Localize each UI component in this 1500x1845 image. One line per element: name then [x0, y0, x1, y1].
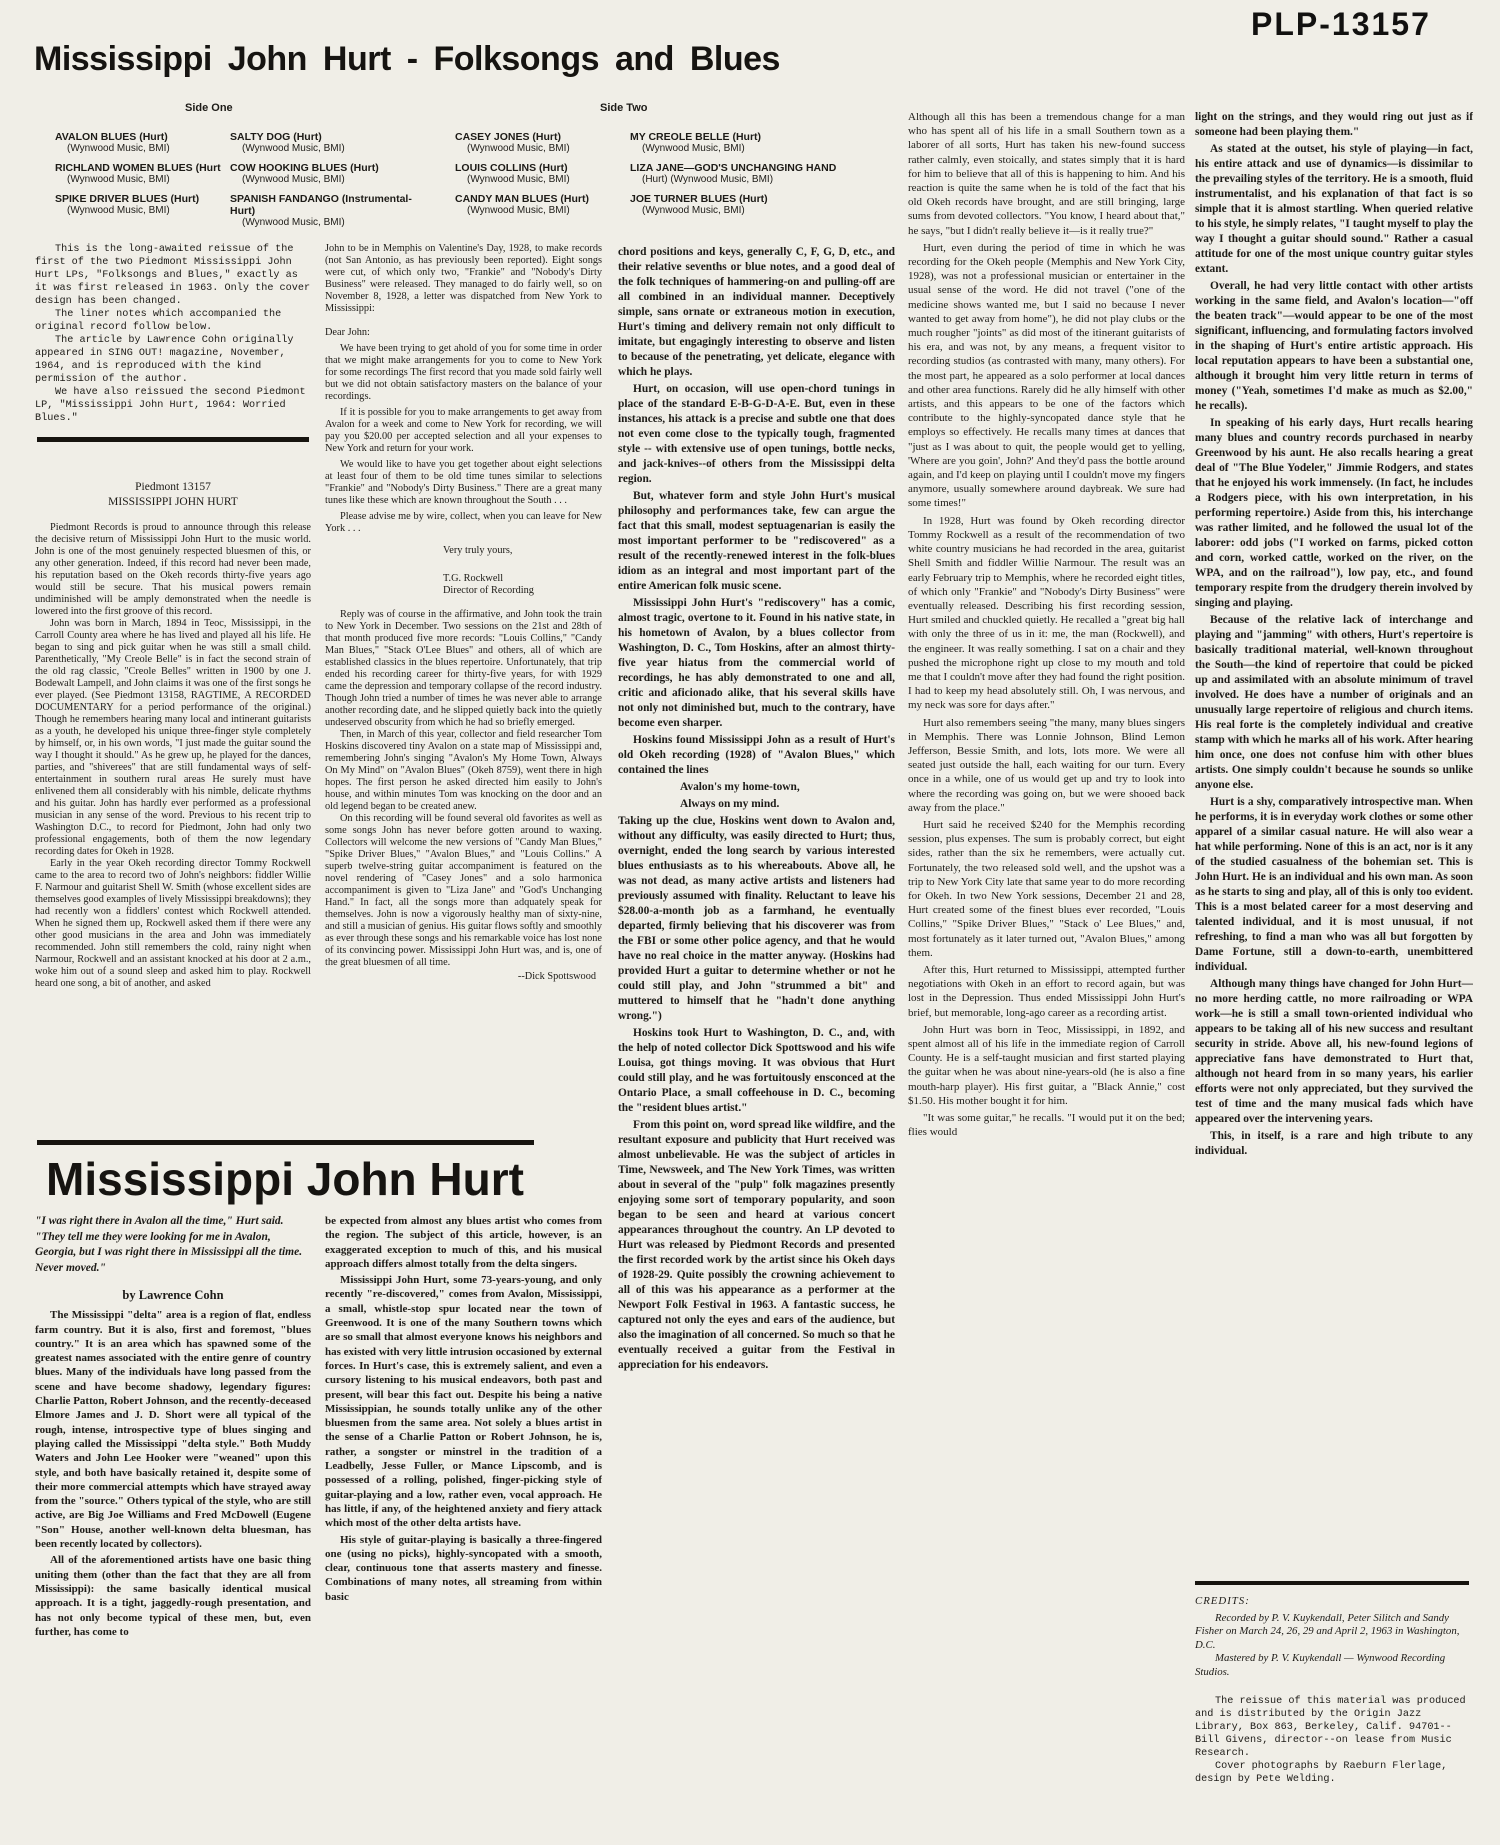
- reissue-credit-note: The reissue of this material was produce…: [1195, 1695, 1473, 1786]
- article-divider-rule: [37, 1140, 534, 1145]
- column-2: John to be in Memphis on Valentine's Day…: [325, 243, 602, 1148]
- credits-line: Recorded by P. V. Kuykendall, Peter Sili…: [1195, 1612, 1473, 1653]
- paragraph: In 1928, Hurt was found by Okeh recordin…: [908, 514, 1185, 713]
- paragraph: John Hurt was born in Teoc, Mississippi,…: [908, 1023, 1185, 1108]
- track-entry: LIZA JANE—GOD'S UNCHANGING HAND: [630, 162, 845, 174]
- column-5-body: light on the strings, and they would rin…: [1195, 110, 1473, 1565]
- track-entry: LOUIS COLLINS (Hurt): [455, 162, 650, 174]
- paragraph: Piedmont Records is proud to announce th…: [35, 522, 311, 618]
- credits-divider-rule: [1195, 1581, 1469, 1585]
- typed-paragraph: Cover photographs by Raeburn Flerlage, d…: [1195, 1760, 1473, 1786]
- liner-notes-column-1-body: Piedmont Records is proud to announce th…: [35, 522, 311, 990]
- track-entry: (Wynwood Music, BMI): [55, 205, 250, 217]
- paragraph: be expected from almost any blues artist…: [325, 1214, 602, 1271]
- paragraph: We have been trying to get ahold of you …: [325, 343, 602, 403]
- paragraph: Mississippi John Hurt, some 73-years-you…: [325, 1273, 602, 1530]
- paragraph: light on the strings, and they would rin…: [1195, 110, 1473, 140]
- paragraph: Although all this has been a tremendous …: [908, 110, 1185, 238]
- typed-paragraph: The liner notes which accompanied the or…: [35, 308, 311, 334]
- track-entry: (Wynwood Music, BMI): [455, 174, 650, 186]
- paragraph: Avalon's my home-town,: [618, 780, 895, 795]
- typed-paragraph: We have also reissued the second Piedmon…: [35, 386, 311, 425]
- credits-block: CREDITS:Recorded by P. V. Kuykendall, Pe…: [1195, 1595, 1473, 1679]
- track-entry: (Wynwood Music, BMI): [230, 217, 425, 229]
- track-entry: AVALON BLUES (Hurt): [55, 131, 250, 143]
- paragraph: Hoskins found Mississippi John as a resu…: [618, 733, 895, 778]
- paragraph: Dear John:: [325, 327, 602, 339]
- paragraph: We would like to have you get together a…: [325, 459, 602, 507]
- column-3: chord positions and keys, generally C, F…: [618, 245, 895, 1830]
- track-entry: (Wynwood Music, BMI): [55, 174, 250, 186]
- paragraph: Very truly yours,: [325, 545, 602, 557]
- typed-paragraph: The article by Lawrence Cohn originally …: [35, 334, 311, 386]
- track-entry: JOE TURNER BLUES (Hurt): [630, 193, 845, 205]
- paragraph: John to be in Memphis on Valentine's Day…: [325, 243, 602, 315]
- paragraph: Early in the year Okeh recording directo…: [35, 858, 311, 990]
- paragraph: If it is possible for you to make arrang…: [325, 407, 602, 455]
- liner-notes-page: PLP-13157 Mississippi John Hurt - Folkso…: [0, 0, 1500, 1845]
- paragraph: But, whatever form and style John Hurt's…: [618, 489, 895, 594]
- track-entry: SPIKE DRIVER BLUES (Hurt): [55, 193, 250, 205]
- paragraph: Then, in March of this year, collector a…: [325, 729, 602, 813]
- paragraph: Mississippi John Hurt's "rediscovery" ha…: [618, 596, 895, 731]
- track-entry: (Wynwood Music, BMI): [230, 143, 425, 155]
- track-column-2: SALTY DOG (Hurt)(Wynwood Music, BMI)COW …: [230, 124, 425, 229]
- paragraph: Always on my mind.: [618, 797, 895, 812]
- track-entry: SPANISH FANDANGO (Instrumental-Hurt): [230, 193, 425, 217]
- paragraph: Hurt, on occasion, will use open-chord t…: [618, 382, 895, 487]
- paragraph: Hurt is a shy, comparatively introspecti…: [1195, 795, 1473, 975]
- paragraph: Although many things have changed for Jo…: [1195, 977, 1473, 1127]
- reissue-intro-note: This is the long-awaited reissue of the …: [35, 243, 311, 425]
- track-entry: (Wynwood Music, BMI): [230, 174, 425, 186]
- track-column-3: CASEY JONES (Hurt)(Wynwood Music, BMI)LO…: [455, 124, 650, 217]
- paragraph: Director of Recording: [325, 585, 602, 597]
- paragraph: --Dick Spottswood: [325, 971, 602, 983]
- column-5: light on the strings, and they would rin…: [1195, 110, 1473, 1840]
- paragraph: Overall, he had very little contact with…: [1195, 279, 1473, 414]
- article-epigraph: "I was right there in Avalon all the tim…: [35, 1214, 311, 1276]
- divider-rule: [37, 437, 309, 442]
- paragraph: In speaking of his early days, Hurt reca…: [1195, 416, 1473, 611]
- album-title: Mississippi John Hurt - Folksongs and Bl…: [34, 40, 780, 79]
- paragraph: This, in itself, is a rare and high trib…: [1195, 1129, 1473, 1159]
- track-entry: (Wynwood Music, BMI): [455, 205, 650, 217]
- track-list: Side One Side Two AVALON BLUES (Hurt)(Wy…: [55, 102, 915, 240]
- paragraph: T.G. Rockwell: [325, 573, 602, 585]
- paragraph: His style of guitar-playing is basically…: [325, 1533, 602, 1604]
- track-entry: (Wynwood Music, BMI): [630, 205, 845, 217]
- paragraph: chord positions and keys, generally C, F…: [618, 245, 895, 380]
- column-1: This is the long-awaited reissue of the …: [35, 243, 311, 1133]
- paragraph: Please advise me by wire, collect, when …: [325, 511, 602, 535]
- track-entry: RICHLAND WOMEN BLUES (Hurt: [55, 162, 250, 174]
- paragraph: The Mississippi "delta" area is a region…: [35, 1308, 311, 1551]
- catalog-number: PLP-13157: [1251, 6, 1431, 43]
- track-entry: CANDY MAN BLUES (Hurt): [455, 193, 650, 205]
- track-column-4: MY CREOLE BELLE (Hurt)(Wynwood Music, BM…: [630, 124, 845, 217]
- side-one-label: Side One: [185, 102, 233, 114]
- paragraph: John was born in March, 1894 in Teoc, Mi…: [35, 618, 311, 858]
- paragraph: After this, Hurt returned to Mississippi…: [908, 963, 1185, 1020]
- typed-paragraph: This is the long-awaited reissue of the …: [35, 243, 311, 308]
- paragraph: From this point on, word spread like wil…: [618, 1118, 895, 1373]
- article-column-2: be expected from almost any blues artist…: [325, 1214, 602, 1840]
- track-entry: MY CREOLE BELLE (Hurt): [630, 131, 845, 143]
- paragraph: Reply was of course in the affirmative, …: [325, 609, 602, 729]
- side-two-label: Side Two: [600, 102, 647, 114]
- article-headline: Mississippi John Hurt: [35, 1152, 535, 1206]
- paragraph: "It was some guitar," he recalls. "I wou…: [908, 1111, 1185, 1139]
- typed-paragraph: The reissue of this material was produce…: [1195, 1695, 1473, 1760]
- paragraph: Hurt said he received $240 for the Memph…: [908, 818, 1185, 960]
- paragraph: Taking up the clue, Hoskins went down to…: [618, 814, 895, 1024]
- piedmont-label-line1: Piedmont 13157: [35, 480, 311, 495]
- piedmont-label-line2: MISSISSIPPI JOHN HURT: [35, 495, 311, 510]
- paragraph: Because of the relative lack of intercha…: [1195, 613, 1473, 793]
- track-entry: SALTY DOG (Hurt): [230, 131, 425, 143]
- paragraph: On this recording will be found several …: [325, 813, 602, 969]
- paragraph: Hurt, even during the period of time in …: [908, 241, 1185, 511]
- paragraph: All of the aforementioned artists have o…: [35, 1553, 311, 1639]
- column-4: Although all this has been a tremendous …: [908, 110, 1185, 1840]
- article-column-1: "I was right there in Avalon all the tim…: [35, 1214, 311, 1840]
- track-entry: (Wynwood Music, BMI): [55, 143, 250, 155]
- credits-line: Mastered by P. V. Kuykendall — Wynwood R…: [1195, 1652, 1473, 1679]
- track-entry: CASEY JONES (Hurt): [455, 131, 650, 143]
- article-byline: by Lawrence Cohn: [35, 1288, 311, 1302]
- paragraph: Hurt also remembers seeing "the many, ma…: [908, 716, 1185, 815]
- credits-line: CREDITS:: [1195, 1595, 1473, 1609]
- track-column-1: AVALON BLUES (Hurt)(Wynwood Music, BMI)R…: [55, 124, 250, 217]
- track-entry: COW HOOKING BLUES (Hurt): [230, 162, 425, 174]
- article-column-1-body: The Mississippi "delta" area is a region…: [35, 1308, 311, 1639]
- track-entry: (Wynwood Music, BMI): [455, 143, 650, 155]
- track-entry: (Hurt) (Wynwood Music, BMI): [630, 174, 845, 186]
- paragraph: As stated at the outset, his style of pl…: [1195, 142, 1473, 277]
- track-entry: (Wynwood Music, BMI): [630, 143, 845, 155]
- paragraph: Hoskins took Hurt to Washington, D. C., …: [618, 1026, 895, 1116]
